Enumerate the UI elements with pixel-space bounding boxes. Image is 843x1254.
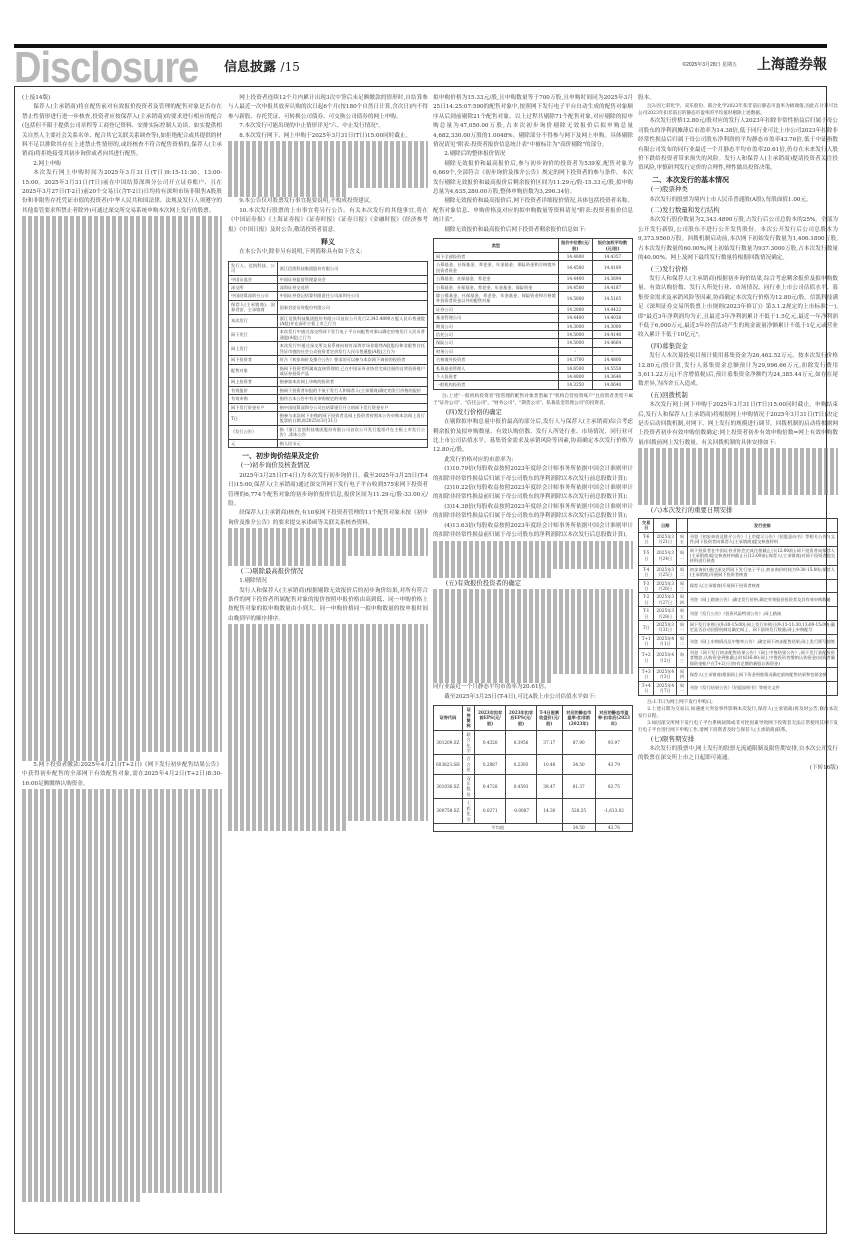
- definition-term: 元: [229, 439, 278, 447]
- text-line: [228, 699, 428, 708]
- text-line: [228, 681, 428, 690]
- table-cell: 14.4800: [558, 252, 592, 260]
- text-line: [433, 674, 553, 683]
- table-row: 有效报价指网下投资者申报的不低于发行人和保荐人(主承销商)确定的发行价格的报价: [229, 386, 428, 394]
- text-line: [228, 821, 348, 830]
- section-title-cn: 信息披露: [224, 60, 276, 75]
- table-row: 信托公司14.500014.4140: [434, 330, 633, 338]
- text-line: [22, 949, 222, 958]
- column-header: 对应的静态市盈率-扣非后(2023年): [595, 706, 632, 731]
- table-row: 配售对象指网下投资者所属或直接管理的,已在中国证券业协会完成注册的自营投资账户或…: [229, 364, 428, 378]
- definition-term: 《发行公告》: [229, 425, 278, 439]
- text-line: [433, 599, 633, 608]
- text-line: [22, 367, 222, 376]
- definition-meaning: 深圳证券交易所: [277, 284, 427, 292]
- table-cell: 0.4593: [506, 774, 537, 799]
- text-line: [22, 911, 222, 920]
- table-cell: 14.4140: [593, 330, 633, 338]
- column-header: 日期: [654, 518, 677, 532]
- table-cell: 2025年4月1日: [654, 634, 677, 648]
- body-text-block: [228, 141, 428, 197]
- text-line: [22, 442, 222, 451]
- table-cell: 保险公司: [434, 339, 559, 347]
- definition-term: 网上发行: [229, 342, 278, 356]
- column-header: 2023年扣非前EPS(元/股): [475, 706, 506, 731]
- text-line: [638, 495, 758, 504]
- table-row: 网上发行本次发行中通过深交所交易系统向持有深圳市场非限售A股股份和非限售存托凭证…: [229, 342, 428, 356]
- table-cell: 周五: [677, 532, 688, 546]
- definition-meaning: 指人民币元: [277, 439, 427, 447]
- subsection-heading: (六)本次发行的重要日期安排: [638, 506, 838, 515]
- table-cell: -0.0087: [506, 799, 537, 824]
- table-cell: 0.3956: [506, 730, 537, 755]
- subheading: 2.网上申购: [22, 160, 222, 169]
- text-line: [22, 855, 222, 864]
- table-cell: 14.3250: [558, 381, 592, 389]
- table-row: 中国结算深圳分公司中国证券登记结算有限责任公司深圳分公司: [229, 292, 428, 300]
- text-line: [638, 486, 838, 495]
- table-cell: 0.0271: [475, 799, 506, 824]
- column-3: 拟申购价格为15.33元/股,且申购数量等于700万股,且申购时间同为2025年…: [433, 94, 633, 835]
- paragraph: (2)10.22倍(每股收益按照2023年度经会计师事务所依据中国会计准则审计的…: [433, 484, 633, 503]
- definition-meaning: 中国证券登记结算有限责任公司深圳分公司: [277, 292, 427, 300]
- newspaper-logo: 上海證券報: [757, 54, 827, 74]
- table-cell: 财务公司: [434, 347, 559, 355]
- text-line: [22, 310, 222, 319]
- quote-statistics-table: 类型报价中位数(元/股)报价加权平均数(元/股) 网下全部投资者14.48001…: [433, 238, 633, 390]
- text-line: [22, 1146, 222, 1155]
- table-cell: 周一: [677, 546, 688, 565]
- subsection-heading: (五)有效报价投资者的确定: [433, 579, 633, 588]
- definition-term: 有效申购: [229, 395, 278, 403]
- text-line: [228, 728, 428, 737]
- body-text-block: [228, 528, 428, 566]
- table-cell: 公募基金、社保基金、养老金、年金基金、保险资金: [434, 283, 559, 291]
- table-cell: 保荐人(主承销商)开展网下投资者核查: [687, 579, 837, 593]
- text-line: [228, 169, 428, 178]
- text-line: [22, 329, 222, 338]
- definition-term: 网上投资者: [229, 378, 278, 386]
- text-line: [433, 636, 633, 645]
- table-cell: 14.4187: [593, 283, 633, 291]
- definition-meaning: 本次发行中通过深交所网下发行电子平台向配售对象以确定价格发行人民币普通股(A股)…: [277, 328, 427, 342]
- table-cell: 除公募基金、社保基金、养老金、年金基金、保险资金和合格境外投资者资金以外的配售对…: [434, 291, 559, 305]
- text-line: [22, 968, 222, 977]
- text-line: [22, 1005, 222, 1014]
- definition-term: 网下发行: [229, 328, 278, 342]
- comparable-companies-table: 证券代码证券简称2023年扣非前EPS(元/股)2023年扣非后EPS(元/股)…: [433, 705, 633, 832]
- schedule-notes: 注:1.T日为网上网下发行申购日;2.上述日期为交易日,如遇重大突发事件影响本次…: [638, 699, 838, 734]
- text-line: [22, 291, 222, 300]
- column-header: 类型: [434, 239, 559, 253]
- text-line: [22, 583, 222, 592]
- text-line: [433, 608, 633, 617]
- text-line: [228, 803, 428, 812]
- text-line: [22, 1118, 222, 1127]
- table-row: 个人投资者14.480014.3646: [434, 373, 633, 381]
- text-line: [228, 774, 428, 783]
- text-line: [22, 423, 222, 432]
- table-cell: 14.4664: [593, 339, 633, 347]
- table-row: 公募基金、社保基金、养老金、年金基金、保险资金和合格境外投资者资金14.4500…: [434, 261, 633, 275]
- table-cell: T+2日: [639, 648, 654, 667]
- definition-meaning: 指网下投资者所属或直接管理的,已在中国证券业协会完成注册的自营投资账户或证券投资…: [277, 364, 427, 378]
- subsection-heading: (一)股票种类: [638, 185, 838, 194]
- text-line: [22, 883, 222, 892]
- table-cell: 刊登《发行公告》《投资风险特别公告》;网上路演: [687, 607, 837, 621]
- table-cell: 93.97: [595, 730, 632, 755]
- schedule-note: 注:1.T日为网上网下发行申购日;: [638, 699, 838, 706]
- table-cell: T-1日: [639, 607, 654, 621]
- table-cell: 2025年3月31日: [654, 621, 677, 635]
- schedule-table: 交易日日期发行安排 T-6日2025年3月21日周五刊登《初步询价及推介公告》《…: [638, 518, 838, 696]
- text-line: [22, 573, 222, 582]
- text-line: [433, 589, 633, 598]
- text-line: [22, 892, 222, 901]
- definition-meaning: 国泰君安证券股份有限公司: [277, 300, 427, 314]
- table-cell: 14.4400: [558, 275, 592, 283]
- text-line: [228, 765, 428, 774]
- text-line: [22, 958, 222, 967]
- table-row: 期货公司14.300014.3000: [434, 322, 633, 330]
- text-line: [22, 611, 222, 620]
- table-row: 网上投资者指参加本次网上申购的投资者: [229, 378, 428, 386]
- continued-from: (上接14版): [22, 94, 222, 103]
- text-line: [22, 902, 222, 911]
- text-line: [638, 448, 838, 457]
- table-cell: 2025年3月25日: [654, 565, 677, 579]
- table-cell: 网下发行申购日(9:30-15:00);网上发行申购日(9:15-11:30,1…: [687, 621, 837, 635]
- table-cell: 14.30: [536, 799, 562, 824]
- table-row: T-1日2025年3月28日周五刊登《发行公告》《投资风险特别公告》;网上路演: [639, 607, 838, 621]
- text-line: [22, 592, 222, 601]
- text-line: [22, 629, 222, 638]
- definition-meaning: 指中国结算深圳分公司在结算银行开立的网下发行资金专户: [277, 403, 427, 411]
- paragraph: 7.本次发行可能出现的中止情形详见"六、中止发行情况"。: [228, 122, 428, 131]
- text-line: [22, 1108, 222, 1117]
- text-line: [433, 550, 633, 559]
- table-row: 301036.SZ双乐股份0.47280.459338.4781.3783.75: [434, 774, 633, 799]
- text-line: [433, 559, 633, 568]
- table-cell: 2025年3月27日: [654, 593, 677, 607]
- table-row: 网下投资者符合《初步询价及推介公告》要求的可以参与本次网下询价的投资者: [229, 356, 428, 364]
- text-line: [22, 799, 222, 808]
- paragraph: (4)13.63倍(每股收益按照2023年度经会计师事务所依据中国会计准则审计的…: [433, 522, 633, 541]
- subsection-heading: (三)发行价格: [638, 265, 838, 274]
- table-cell: 14.4432: [593, 305, 633, 313]
- table-cell: 联合化学: [462, 730, 474, 755]
- text-line: [22, 1193, 142, 1202]
- definition-meaning: 指网下投资者申报的不低于发行人和保荐人(主承销商)确定的发行价格的报价: [277, 386, 427, 394]
- definition-term: 配售对象: [229, 364, 278, 378]
- text-line: [22, 752, 142, 761]
- table-cell: 公募基金、社保基金、养老金: [434, 275, 559, 283]
- column-header: 对应的静态市盈率-扣非前(2023年): [562, 706, 595, 731]
- text-line: [228, 538, 428, 547]
- definition-term: 保荐人(主承销商)、国泰君安、主承销商: [229, 300, 278, 314]
- text-line: [22, 385, 222, 394]
- paragraph: 此发行价格对应的市盈率为:: [433, 456, 633, 465]
- table-cell: 2025年4月7日: [654, 681, 677, 695]
- table-cell: 14.4800: [593, 356, 633, 364]
- text-line: [433, 569, 553, 578]
- text-line: [22, 1155, 222, 1164]
- table-cell: 14.0640: [593, 381, 633, 389]
- paragraph: 2025年3月25日(T-4日)为本次发行初步询价日。截至2025年3月25日(…: [228, 472, 428, 510]
- text-line: [228, 812, 428, 821]
- text-line: [22, 451, 222, 460]
- average-label: 平均值: [434, 823, 563, 831]
- text-line: [22, 507, 222, 516]
- table-cell: 14.4038: [593, 314, 633, 322]
- table-row: T-5日2025年3月24日周一网下投资者在中国证券业协会完成注册截止日(12:…: [639, 546, 838, 565]
- text-line: [22, 554, 222, 563]
- table-cell: 301036.SZ: [434, 774, 463, 799]
- text-line: [433, 665, 633, 674]
- text-line: [22, 705, 222, 714]
- subsection-heading: (四)募集资金: [638, 342, 838, 351]
- table-cell: 七彩化学: [462, 799, 474, 824]
- table-cell: 百合花: [462, 755, 474, 774]
- paragraph: 本次发行股份数量为2,343.4890万股,占发行后公司总股本的25%。全部为公…: [638, 216, 838, 263]
- text-line: [22, 846, 222, 855]
- table-row: 保险公司14.500014.4664: [434, 339, 633, 347]
- table-cell: T日: [639, 621, 654, 635]
- text-line: [22, 432, 222, 441]
- text-line: [22, 864, 222, 873]
- text-line: [22, 320, 222, 329]
- table-cell: 14.5558: [593, 364, 633, 372]
- definitions-title: 释义: [228, 237, 428, 246]
- text-line: [22, 1024, 222, 1033]
- text-line: [228, 634, 428, 643]
- table-cell: 周五: [677, 607, 688, 621]
- table-cell: 刊登《网上路演公告》;确定发行价格,确定有效报价投资者及其有效申购数量: [687, 593, 837, 607]
- table-cell: 81.37: [562, 774, 595, 799]
- table-row: T+2日2025年4月2日周三刊登《网下发行初步配售结果公告》《网上中签结果公告…: [639, 648, 838, 667]
- text-line: [22, 216, 222, 225]
- table-cell: 网下投资者在中国证券业协会完成注册截止日(12:00前);网下投资者向保荐人(主…: [687, 546, 837, 565]
- text-line: [22, 357, 222, 366]
- table-cell: 证券公司: [434, 305, 559, 313]
- text-line: [22, 470, 222, 479]
- table-row: 《发行公告》指《浙江信凯科技集团股份有限公司首次公开发行股票并在主板上市发行公告…: [229, 425, 428, 439]
- table-cell: 2025年3月26日: [654, 579, 677, 593]
- average-row: 平均值34.5043.76: [434, 823, 633, 831]
- definition-meaning: 指参与本次网下申购的网下投资者及网上投资者按照本公告申购本次网上发行股票的日期,…: [277, 411, 427, 425]
- text-line: [22, 686, 222, 695]
- table-cell: 基金管理公司: [434, 314, 559, 322]
- paragraph: 本次发行价格12.80元/股对应的发行人2023年扣除非常性损益后归属于母公司股…: [638, 117, 838, 173]
- table-row: 除公募基金、社保基金、养老金、年金基金、保险资金和合格境外投资者资金以外的配售对…: [434, 291, 633, 305]
- column-header: 报价中位数(元/股): [558, 239, 592, 253]
- text-line: [22, 226, 222, 235]
- table-row: 公募基金、社保基金、养老金14.440014.3694: [434, 275, 633, 283]
- text-line: [22, 536, 222, 545]
- definition-meaning: 指《浙江信凯科技集团股份有限公司首次公开发行股票并在主板上市发行公告》,即本公告: [277, 425, 427, 439]
- text-line: [22, 639, 222, 648]
- subsection-heading: (四)发行价格的确定: [433, 408, 633, 417]
- table-cell: 34.50: [562, 755, 595, 774]
- paragraph: (3)14.38倍(每股收益按照2023年度经会计师事务所依据中国会计准则审计的…: [433, 503, 633, 522]
- body-text-block: [433, 589, 633, 683]
- table-row: 公募基金、社保基金、养老金、年金基金、保险资金14.450014.4187: [434, 283, 633, 291]
- table-row: 301209.SZ联合化学0.43200.395637.1787.9093.97: [434, 730, 633, 755]
- text-line: [228, 784, 428, 793]
- table-cell: 603823.SH: [434, 755, 463, 774]
- table-cell: 300758.SZ: [434, 799, 463, 824]
- text-line: [22, 301, 222, 310]
- definition-term: 网下投资者: [229, 356, 278, 364]
- table-cell: 初步询价(通过深交所网下发行电子平台,初步询价时间为9:30-15:00);保荐…: [687, 565, 837, 579]
- table-cell: 刊登《初步询价及推介公告》《上市提示公告》《招股意向书》等相关公告与文件;网下投…: [687, 532, 837, 546]
- table-cell: 周四: [677, 667, 688, 681]
- table-row: 合格境外投资者14.370014.4800: [434, 356, 633, 364]
- basic-info-items: (一)股票种类本次发行的股票为境内上市人民币普通股(A股),每股面值1.00元。…: [638, 185, 838, 448]
- column-1: (上接14版) 保荐人(主承销商)将在配售前对有效报价投资者及管理的配售对象是否…: [22, 94, 222, 1202]
- paragraph: 保荐人(主承销商)将在配售前对有效报价投资者及管理的配售对象是否存在禁止性情形进…: [22, 103, 222, 159]
- table-cell: 0.4320: [475, 730, 506, 755]
- definitions-intro: 在本公告中,除非另有说明,下列简称具有如下含义:: [228, 248, 428, 257]
- text-line: [228, 746, 428, 755]
- text-line: [22, 1099, 222, 1108]
- definition-term: 本次发行: [229, 314, 278, 328]
- table-cell: 14.5800: [558, 291, 592, 305]
- body-text-block: [433, 541, 633, 579]
- text-line: [22, 874, 222, 883]
- definition-meaning: 指符合本公告中有关申购规定的申购: [277, 395, 427, 403]
- definition-meaning: 符合《初步询价及推介公告》要求的可以参与本次网下询价的投资者: [277, 356, 427, 364]
- table-note: 注3:因七彩化学、双乐股份、联合化学2023年扣非前后静态市盈率为极端值,因此在…: [638, 103, 838, 117]
- text-line: [22, 564, 222, 573]
- paragraph: 本次发行网上网下申购于2025年3月31日(T日)15:00同时截止。申购结束后…: [638, 401, 838, 448]
- text-line: [433, 646, 633, 655]
- subsection-heading: (一)初步询价及核查情况: [228, 461, 428, 470]
- text-line: [22, 526, 222, 535]
- table-cell: 双乐股份: [462, 774, 474, 799]
- paragraph: 剔除无效报价和最高报价后,网下投资者详细报价情况,具体包括投资者名称、配售对象信…: [433, 197, 633, 225]
- table-cell: 14.4500: [558, 283, 592, 291]
- text-line: [22, 986, 222, 995]
- text-line: [22, 1061, 222, 1070]
- paragraph: 5.网下投资者缴款:2025年4月2日(T+2日)《网下发行初步配售结果公告》中…: [22, 761, 222, 789]
- page-number: /15: [281, 60, 300, 74]
- text-line: [22, 977, 222, 986]
- text-line: [22, 1033, 222, 1042]
- table-cell: 301209.SZ: [434, 730, 463, 755]
- text-line: [22, 244, 222, 253]
- text-line: [228, 643, 428, 652]
- table-cell: 合格境外投资者: [434, 356, 559, 364]
- definition-term: 中国结算深圳分公司: [229, 292, 278, 300]
- table-cell: 14.4357: [593, 252, 633, 260]
- body-text-block: [22, 789, 222, 1202]
- paragraph: 拟申购价格为15.33元/股,且申购数量等于700万股,且申购时间同为2025年…: [433, 94, 633, 150]
- text-line: [22, 263, 222, 272]
- text-line: [22, 404, 222, 413]
- average-value: 43.76: [595, 823, 632, 831]
- table-cell: T-2日: [639, 593, 654, 607]
- text-line: [22, 545, 222, 554]
- schedule-note: 3.如因深交所网下发行电子平台系统故障或非可控因素导致网下投资者无法正常使用其网…: [638, 720, 838, 734]
- subsection-heading: (二)发行数量和发行结构: [638, 206, 838, 215]
- definitions-table: 发行人、信凯科技、公司浙江信凯科技集团股份有限公司中国证监会中国证券监督管理委员…: [228, 261, 428, 448]
- table-row: 财务公司--: [434, 347, 633, 355]
- table-row: 发行人、信凯科技、公司浙江信凯科技集团股份有限公司: [229, 261, 428, 275]
- table-cell: 14.4189: [593, 261, 633, 275]
- table-cell: 10.48: [536, 755, 562, 774]
- text-line: [22, 648, 222, 657]
- text-line: [22, 413, 222, 422]
- table-row: T-2日2025年3月27日周四刊登《网上路演公告》;确定发行价格,确定有效报价…: [639, 593, 838, 607]
- table-row: 网下发行资金专户指中国结算深圳分公司在结算银行开立的网下发行资金专户: [229, 403, 428, 411]
- table-cell: -: [558, 347, 592, 355]
- paragraph: 1.剔除情况: [228, 577, 428, 586]
- text-line: [433, 541, 633, 550]
- table-cell: 83.75: [595, 774, 632, 799]
- text-line: [22, 348, 222, 357]
- text-line: [22, 808, 222, 817]
- column-header: [677, 518, 688, 532]
- text-line: [433, 618, 633, 627]
- table-row: T-3日2025年3月26日周三保荐人(主承销商)开展网下投资者核查: [639, 579, 838, 593]
- text-line: [228, 188, 348, 197]
- paragraph: 同行业最近一个月静态平均市盈率为20.61倍。: [433, 683, 633, 692]
- column-header: 报价加权平均数(元/股): [593, 239, 633, 253]
- table-note: 注:上述"一般机构投资者"指管理的配售对象类型属于"机构自营投资账户"且投资者类…: [433, 393, 633, 407]
- subsection-heading: (二)剔除最高报价情况: [228, 567, 428, 576]
- table-row: 300758.SZ七彩化学0.0271-0.008714.30528.35-1,…: [434, 799, 633, 824]
- table-row: T+1日2025年4月1日周二刊登《网上申购情况及中签率公告》;确定网下初步配售…: [639, 634, 838, 648]
- text-line: [22, 1015, 222, 1024]
- paragraph: 10.本次发行股票的上市事宜将另行公告。有关本次发行的其他事宜,将在《中国证券报…: [228, 207, 428, 235]
- text-line: [228, 141, 428, 150]
- section-title: 信息披露 /15: [224, 56, 300, 75]
- schedule-note: 2.上述日期为交易日,如遇重大突发事件影响本次发行,保荐人(主承销商)将及时公告…: [638, 706, 838, 720]
- paragraph: 8.本次发行网下、网上申购于2025年3月31日(T日)15:00同时截止。: [228, 132, 428, 141]
- table-cell: 周一: [677, 681, 688, 695]
- definition-term: T日: [229, 411, 278, 425]
- text-line: [22, 1052, 222, 1061]
- table-cell: 14.3694: [593, 275, 633, 283]
- paragraph: (1)10.79倍(每股收益按照2023年度经会计师事务所依据中国会计准则审计的…: [433, 465, 633, 484]
- table-cell: T-5日: [639, 546, 654, 565]
- text-line: [228, 662, 428, 671]
- column-4: 股本。 注3:因七彩化学、双乐股份、联合化学2023年扣非前后静态市盈率为极端值…: [638, 94, 838, 773]
- table-row: 基金管理公司14.440014.4038: [434, 314, 633, 322]
- paragraph: 本次发行的股票为境内上市人民币普通股(A股),每股面值1.00元。: [638, 196, 838, 205]
- table-cell: 14.3000: [558, 322, 592, 330]
- paragraph: 剔除无效报价和最高报价后网下投资者剩余报价信息如下:: [433, 226, 633, 235]
- table-cell: 14.5000: [558, 339, 592, 347]
- table-cell: 周一: [677, 621, 688, 635]
- text-line: [22, 1071, 222, 1080]
- table-cell: 私募基金管理人: [434, 364, 559, 372]
- paragraph: 股本。: [638, 94, 838, 103]
- table-cell: 一般机构投资者: [434, 381, 559, 389]
- table-row: 本次发行浙江信凯科技集团股份有限公司首次公开发行2,343.4890万股人民币普…: [229, 314, 428, 328]
- text-line: [22, 939, 222, 948]
- text-line: [22, 921, 222, 930]
- text-line: [22, 395, 222, 404]
- text-line: [228, 709, 428, 718]
- table-cell: 14.6500: [558, 364, 592, 372]
- table-cell: 14.3000: [593, 322, 633, 330]
- text-line: [638, 476, 838, 485]
- text-line: [22, 1174, 222, 1183]
- table-cell: T-6日: [639, 532, 654, 546]
- table-row: 603823.SH百合花0.28870.239310.4834.5043.79: [434, 755, 633, 774]
